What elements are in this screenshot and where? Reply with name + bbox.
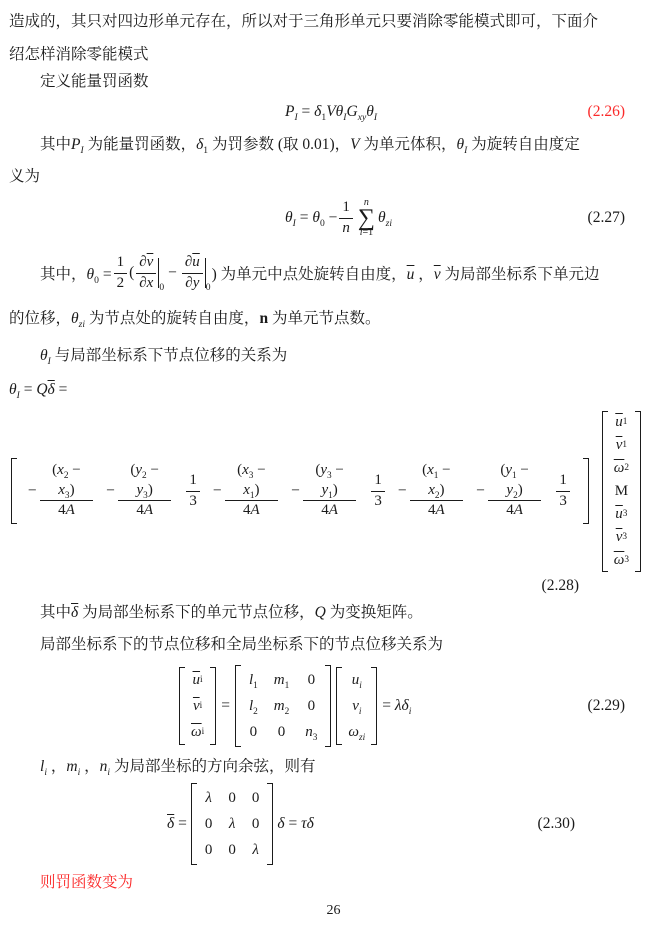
bracket-right-icon bbox=[325, 665, 331, 747]
equation-2-27-lhs: θI = θ0 − bbox=[285, 209, 337, 227]
fraction-denominator: 3 bbox=[373, 492, 383, 512]
matrix-cell: m2 bbox=[274, 698, 290, 715]
summation-lower-limit: i=1 bbox=[360, 228, 373, 238]
matrix-cell: λ bbox=[252, 842, 259, 859]
displacement-column-vector: u1 v1 ω2 M u3 v3 ω3 bbox=[602, 411, 641, 572]
fraction-denominator: 3 bbox=[558, 492, 568, 512]
vector-entries: ui vi ωi bbox=[185, 667, 210, 745]
entry-sign: − bbox=[213, 482, 222, 500]
equation-number-2-29: (2.29) bbox=[588, 697, 625, 715]
bracket-left-icon bbox=[11, 458, 17, 524]
matrix-cells: l1 m1 0 l2 m2 0 0 0 n3 bbox=[241, 665, 325, 747]
equation-2-29: ui vi ωi = l1 m1 0 l2 m2 0 0 0 n3 bbox=[9, 661, 641, 751]
row-entry-4: −(x3 − x1)4A bbox=[213, 461, 280, 521]
equation-2-30: δ = λ 0 0 0 λ 0 0 0 λ δ = τδ (2.30) bbox=[9, 783, 641, 865]
matrix-cell: λ bbox=[229, 816, 236, 833]
equation-number-2-30: (2.30) bbox=[538, 815, 575, 833]
equation-2-26: PI = δ1VθIGxyθI (2.26) bbox=[9, 95, 641, 129]
bracket-right-icon bbox=[635, 411, 641, 572]
matrix-cell: 0 bbox=[308, 672, 316, 689]
equation-number-2-26: (2.26) bbox=[588, 103, 625, 121]
fraction-denominator: n bbox=[341, 219, 351, 239]
matrix-cell: 0 bbox=[278, 724, 286, 741]
entry-sign: − bbox=[291, 482, 300, 500]
sigma-icon: ∑ bbox=[358, 208, 375, 228]
lambda-matrix: λ 0 0 0 λ 0 0 0 λ bbox=[191, 783, 274, 865]
fraction-numerator: (x3 − x1) bbox=[225, 461, 278, 501]
matrix-cell: 0 bbox=[205, 816, 213, 833]
equation-number-2-28: (2.28) bbox=[9, 577, 641, 597]
paragraph-direction-cosines: li ，mi ，ni 为局部坐标的方向余弦，则有 bbox=[9, 751, 641, 783]
bracket-right-icon bbox=[210, 667, 216, 745]
fraction-denominator: 3 bbox=[188, 492, 198, 512]
evaluated-at-bar: 0 bbox=[158, 258, 164, 288]
fraction-numerator: 1 bbox=[186, 471, 200, 492]
paragraph-local-global: 局部坐标系下的节点位移和全局坐标系下的节点位移关系为 bbox=[9, 629, 641, 661]
vector-entry: u1 bbox=[609, 411, 633, 434]
paragraph-symbols-line2: 义为 bbox=[9, 161, 641, 193]
fraction-denominator: ∂x bbox=[138, 274, 154, 294]
page-number: 26 bbox=[0, 903, 667, 919]
equation-2-28-lhs: θI = Qδ = bbox=[9, 375, 641, 405]
matrix-cell: 0 bbox=[250, 724, 258, 741]
vector-entry: vi bbox=[346, 693, 367, 719]
vector-entry: ui bbox=[187, 667, 209, 693]
fraction-denominator: 4A bbox=[242, 501, 261, 521]
vector-entry: vi bbox=[187, 693, 208, 719]
vector-entry: M bbox=[609, 480, 634, 503]
entry-sign: − bbox=[28, 482, 37, 500]
fraction-denominator: 2 bbox=[116, 274, 126, 294]
fraction-numerator: ∂u bbox=[182, 253, 203, 274]
vector-entry: ω3 bbox=[608, 549, 635, 572]
fraction-numerator: 1 bbox=[556, 471, 570, 492]
equation-2-26-body: PI = δ1VθIGxyθI bbox=[285, 103, 377, 121]
row-entry-1: −(x2 − x3)4A bbox=[28, 461, 95, 521]
vector-entry: ωzi bbox=[342, 719, 371, 745]
matrix-cell: l1 bbox=[249, 672, 258, 689]
vector-entries: ui vi ωzi bbox=[342, 667, 371, 745]
paragraph-intro-line2: 绍怎样消除零能模式 bbox=[9, 38, 641, 71]
fraction-numerator: (x2 − x3) bbox=[40, 461, 93, 501]
paragraph-theta0-line2: 的位移，θzi 为节点处的旋转自由度，n 为单元节点数。 bbox=[9, 303, 641, 335]
row-entry-2: −(y2 − y3)4A bbox=[106, 461, 173, 521]
row-entry-9: 13 bbox=[554, 471, 572, 511]
bracket-right-icon bbox=[583, 458, 589, 524]
matrix-cell: 0 bbox=[205, 842, 213, 859]
paragraph-intro-line1: 造成的，其只对四边形单元存在，所以对于三角形单元只要消除零能模式即可，下面介 bbox=[9, 5, 641, 38]
vector-entry: u3 bbox=[609, 503, 633, 526]
fraction-numerator: (y1 − y2) bbox=[488, 461, 541, 501]
entry-sign: − bbox=[106, 482, 115, 500]
fraction-numerator: 1 bbox=[339, 198, 353, 219]
fraction-dv-dx: ∂v ∂x bbox=[136, 253, 156, 293]
row-entry-3: 13 bbox=[184, 471, 202, 511]
bracket-right-icon bbox=[267, 783, 273, 865]
equation-2-30-lhs: δ = bbox=[167, 815, 187, 833]
matrix-cell: l2 bbox=[249, 698, 258, 715]
vector-entry: v1 bbox=[610, 434, 633, 457]
paragraph-relation-intro: θI 与局部坐标系下节点位移的关系为 bbox=[9, 339, 641, 373]
fraction-denominator: 4A bbox=[320, 501, 339, 521]
vector-entry: ωi bbox=[185, 719, 210, 745]
equation-2-29-tail: = λδi bbox=[382, 697, 411, 715]
paragraph-symbols-line1: 其中PI 为能量罚函数，δ1 为罚参数 (取 0.01)，V 为单元体积，θI … bbox=[9, 129, 641, 161]
local-displacement-vector: ui vi ωi bbox=[179, 667, 216, 745]
open-paren: ( bbox=[129, 264, 134, 282]
paragraph-theta0-definition: 其中，θ0 = 1 2 ( ∂v ∂x 0 − ∂u ∂y 0 ) 为单元中点处… bbox=[9, 243, 641, 303]
bracket-right-icon bbox=[371, 667, 377, 745]
global-displacement-vector: ui vi ωzi bbox=[336, 667, 377, 745]
theta0-lead-text: 其中，θ0 = bbox=[40, 262, 112, 284]
minus-sign: − bbox=[168, 264, 177, 282]
fraction-denominator: 4A bbox=[505, 501, 524, 521]
vector-entries: u1 v1 ω2 M u3 v3 ω3 bbox=[608, 411, 635, 572]
entry-sign: − bbox=[476, 482, 485, 500]
document-page: 造成的，其只对四边形单元存在，所以对于三角形单元只要消除零能模式即可，下面介 绍… bbox=[0, 0, 667, 931]
equals-sign: = bbox=[221, 697, 230, 715]
vector-entry: ui bbox=[346, 667, 368, 693]
matrix-cell: 0 bbox=[252, 816, 260, 833]
fraction-numerator: (x1 − x2) bbox=[410, 461, 463, 501]
paragraph-define-penalty: 定义能量罚函数 bbox=[9, 69, 641, 95]
entry-sign: − bbox=[398, 482, 407, 500]
row-entry-8: −(y1 − y2)4A bbox=[476, 461, 543, 521]
fraction-one-half: 1 2 bbox=[114, 253, 128, 293]
equation-2-28: −(x2 − x3)4A −(y2 − y3)4A 13 −(x3 − x1)4… bbox=[9, 405, 641, 577]
row-entry-5: −(y3 − y1)4A bbox=[291, 461, 358, 521]
equation-number-2-27: (2.27) bbox=[588, 209, 625, 227]
matrix-cell: m1 bbox=[274, 672, 290, 689]
evaluated-at-bar: 0 bbox=[205, 258, 211, 288]
fraction-numerator: 1 bbox=[114, 253, 128, 274]
fraction-denominator: 4A bbox=[57, 501, 76, 521]
fraction-numerator: 1 bbox=[371, 471, 385, 492]
paragraph-penalty-becomes: 则罚函数变为 bbox=[9, 867, 641, 899]
theta0-tail-text: ) 为单元中点处旋转自由度，u ，v 为局部坐标系下单元边 bbox=[212, 262, 600, 284]
matrix-cell: 0 bbox=[308, 698, 316, 715]
equation-2-30-tail: δ = τδ bbox=[277, 815, 313, 833]
fraction-numerator: ∂v bbox=[136, 253, 156, 274]
vector-entry: ω2 bbox=[608, 457, 635, 480]
equation-2-27: θI = θ0 − 1 n n ∑ i=1 θzi (2.27) bbox=[9, 193, 641, 243]
matrix-cells: λ 0 0 0 λ 0 0 0 λ bbox=[197, 783, 268, 865]
fraction-denominator: 4A bbox=[427, 501, 446, 521]
fraction-du-dy: ∂u ∂y bbox=[182, 253, 203, 293]
fraction-numerator: (y3 − y1) bbox=[303, 461, 356, 501]
row-entry-6: 13 bbox=[369, 471, 387, 511]
summation-symbol: n ∑ i=1 bbox=[358, 198, 375, 238]
paragraph-delta-q: 其中δ 为局部坐标系下的单元节点位移，Q 为变换矩阵。 bbox=[9, 597, 641, 629]
equation-2-27-rhs: θzi bbox=[378, 209, 392, 227]
transformation-matrix: l1 m1 0 l2 m2 0 0 0 n3 bbox=[235, 665, 331, 747]
fraction-denominator: ∂y bbox=[184, 274, 200, 294]
matrix-cell: λ bbox=[205, 790, 212, 807]
matrix-cell: n3 bbox=[305, 724, 317, 741]
row-entry-7: −(x1 − x2)4A bbox=[398, 461, 465, 521]
matrix-cell: 0 bbox=[252, 790, 260, 807]
fraction-denominator: 4A bbox=[135, 501, 154, 521]
matrix-cell: 0 bbox=[228, 790, 236, 807]
fraction-1-over-n: 1 n bbox=[339, 198, 353, 238]
fraction-numerator: (y2 − y3) bbox=[118, 461, 171, 501]
matrix-cell: 0 bbox=[228, 842, 236, 859]
vector-entry: v3 bbox=[610, 526, 633, 549]
